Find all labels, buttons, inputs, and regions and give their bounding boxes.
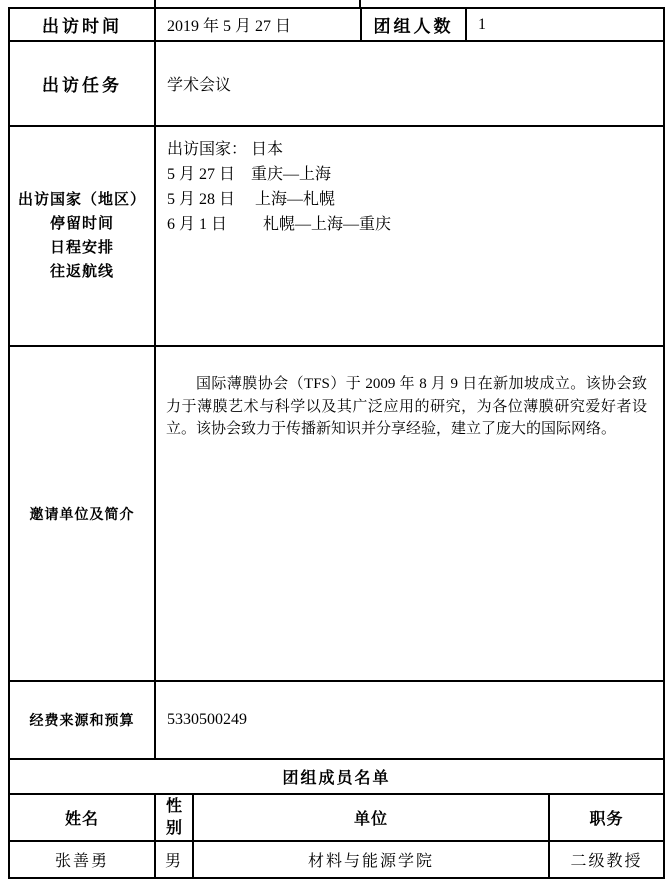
mission-label: 出访任务	[9, 41, 155, 126]
row-budget: 经费来源和预算 5330500249	[9, 681, 664, 759]
group-size-label: 团组人数	[361, 8, 466, 41]
visit-time-value: 2019 年 5 月 27 日	[155, 8, 361, 41]
itinerary-value: 出访国家： 日本 5 月 27 日 重庆—上海 5 月 28 日 上海—札幌 6…	[155, 126, 664, 346]
row-itinerary: 出访国家（地区） 停留时间 日程安排 往返航线 出访国家： 日本 5 月 27 …	[9, 126, 664, 346]
mission-value: 学术会议	[155, 41, 664, 126]
member-unit: 材料与能源学院	[193, 841, 549, 878]
members-title: 团组成员名单	[9, 759, 664, 794]
inviter-label: 邀请单位及简介	[9, 346, 155, 681]
inviter-value-cell: 国际薄膜协会（TFS）于 2009 年 8 月 9 日在新加坡成立。该协会致力于…	[155, 346, 664, 681]
member-col-name: 姓名	[9, 794, 155, 841]
document-page: 出访时间 2019 年 5 月 27 日 团组人数 1 出访任务 学术会议 出访…	[0, 0, 672, 881]
row-members-header: 姓名 性 别 单位 职务	[9, 794, 664, 841]
member-gender: 男	[155, 841, 193, 878]
itinerary-label: 出访国家（地区） 停留时间 日程安排 往返航线	[9, 126, 155, 346]
member-row: 张善勇 男 材料与能源学院 二级教授	[9, 841, 664, 878]
row-visit-time: 出访时间 2019 年 5 月 27 日 团组人数 1	[9, 8, 664, 41]
visit-approval-form-table: 出访时间 2019 年 5 月 27 日 团组人数 1 出访任务 学术会议 出访…	[8, 7, 665, 879]
member-name: 张善勇	[9, 841, 155, 878]
member-col-title: 职务	[549, 794, 664, 841]
budget-label: 经费来源和预算	[9, 681, 155, 759]
row-mission: 出访任务 学术会议	[9, 41, 664, 126]
row-members-title: 团组成员名单	[9, 759, 664, 794]
visit-time-label: 出访时间	[9, 8, 155, 41]
group-size-value: 1	[466, 8, 664, 41]
member-title: 二级教授	[549, 841, 664, 878]
member-col-unit: 单位	[193, 794, 549, 841]
budget-value: 5330500249	[155, 681, 664, 759]
inviter-value: 国际薄膜协会（TFS）于 2009 年 8 月 9 日在新加坡成立。该协会致力于…	[166, 373, 647, 441]
row-inviter: 邀请单位及简介 国际薄膜协会（TFS）于 2009 年 8 月 9 日在新加坡成…	[9, 346, 664, 681]
member-col-gender: 性 别	[155, 794, 193, 841]
